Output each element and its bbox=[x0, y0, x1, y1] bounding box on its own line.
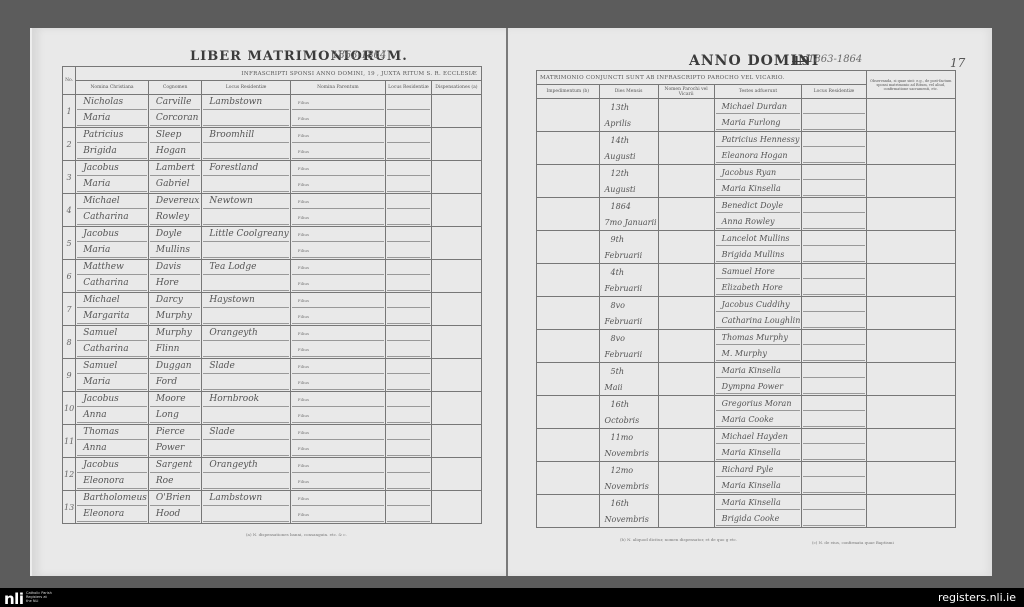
witness-1: Michael Durdan bbox=[716, 100, 801, 114]
bride-surname: Flinn bbox=[150, 343, 201, 357]
date-day: 8vo bbox=[601, 299, 657, 312]
col-surname: Cognomen bbox=[148, 81, 202, 95]
bride-given-name: Anna bbox=[77, 409, 147, 423]
witness-1: Gregorius Moran bbox=[716, 397, 801, 411]
parent-line: Filius bbox=[292, 459, 384, 473]
table-row: 5JacobusMariaDoyleMullinsLittle Coolgrea… bbox=[63, 227, 482, 260]
parent-line: Filius bbox=[292, 492, 384, 506]
witness-1: Benedict Doyle bbox=[716, 199, 801, 213]
parent-line: Filius bbox=[292, 228, 384, 242]
entry-number: 4 bbox=[63, 194, 76, 227]
date-day: 16th bbox=[601, 398, 657, 411]
table-row: 13thAprilisMichael DurdanMaria Furlong bbox=[537, 99, 956, 132]
col-priest: Nomen Parochi vel Vicarii bbox=[658, 85, 714, 99]
impediment-cell bbox=[537, 495, 600, 528]
bride-surname: Rowley bbox=[150, 211, 201, 225]
priest-cell bbox=[658, 429, 714, 462]
groom-surname: Lambert bbox=[150, 162, 201, 176]
table-row: 10JacobusAnnaMooreLongHornbrook FiliusFi… bbox=[63, 392, 482, 425]
dispensation-cell bbox=[431, 128, 481, 161]
table-row: 8SamuelCatharinaMurphyFlinnOrangeyth Fil… bbox=[63, 326, 482, 359]
observations-cell bbox=[866, 165, 955, 198]
col-dispensations: Dispensationes (a) bbox=[431, 81, 481, 95]
groom-given-name: Nicholas bbox=[77, 96, 147, 110]
bride-surname: Long bbox=[150, 409, 201, 423]
groom-surname: Moore bbox=[150, 393, 201, 407]
bride-given-name: Maria bbox=[77, 376, 147, 390]
groom-surname: Sleep bbox=[150, 129, 201, 143]
col-witnesses: Testes adfuerunt bbox=[714, 85, 802, 99]
parent-line: Filius bbox=[292, 343, 384, 357]
entry-number: 1 bbox=[63, 95, 76, 128]
table-row: 9SamuelMariaDugganFordSlade FiliusFilius bbox=[63, 359, 482, 392]
residence-blank bbox=[203, 508, 288, 522]
residence: Orangeyth bbox=[203, 459, 288, 473]
priest-cell bbox=[658, 462, 714, 495]
parent-line: Filius bbox=[292, 310, 384, 324]
priest-cell bbox=[658, 231, 714, 264]
parent-line: Filius bbox=[292, 508, 384, 522]
table-row: 11ThomasAnnaPiercePowerSlade FiliusFiliu… bbox=[63, 425, 482, 458]
right-footnote: (b) N. aliquod dicitur, nomen dispensato… bbox=[620, 537, 737, 542]
entry-number: 2 bbox=[63, 128, 76, 161]
parent-line: Filius bbox=[292, 162, 384, 176]
entry-number: 8 bbox=[63, 326, 76, 359]
table-row: 7MichaelMargaritaDarcyMurphyHaystown Fil… bbox=[63, 293, 482, 326]
right-footnote-2: (c) N. de eius, confirmata quae Baptismi bbox=[812, 540, 894, 545]
table-row: 4thFebruariiSamuel HoreElizabeth Hore bbox=[537, 264, 956, 297]
parent-line: Filius bbox=[292, 244, 384, 258]
col-witness-residence: Locus Residentiæ bbox=[802, 85, 866, 99]
groom-given-name: Michael bbox=[77, 195, 147, 209]
bride-given-name: Catharina bbox=[77, 343, 147, 357]
date-month: Augusti bbox=[601, 150, 657, 163]
residence: Orangeyth bbox=[203, 327, 288, 341]
parent-line: Filius bbox=[292, 442, 384, 456]
viewer-footer bbox=[0, 588, 1024, 607]
parent-line: Filius bbox=[292, 178, 384, 192]
right-year-annotation: 1863-1864 bbox=[808, 54, 862, 65]
impediment-cell bbox=[537, 264, 600, 297]
dispensation-cell bbox=[431, 95, 481, 128]
table-row: 6MatthewCatharinaDavisHoreTea Lodge Fili… bbox=[63, 260, 482, 293]
register-viewer: LIBER MATRIMONIORUM. 1863-1864 No. INFRA… bbox=[0, 0, 1024, 607]
witness-2: Dympna Power bbox=[716, 380, 801, 394]
groom-surname: Doyle bbox=[150, 228, 201, 242]
bride-given-name: Eleonora bbox=[77, 475, 147, 489]
dispensation-cell bbox=[431, 260, 481, 293]
dispensation-cell bbox=[431, 425, 481, 458]
table-row: 11moNovembrisMichael HaydenMaria Kinsell… bbox=[537, 429, 956, 462]
parent-line: Filius bbox=[292, 261, 384, 275]
groom-given-name: Thomas bbox=[77, 426, 147, 440]
dispensation-cell bbox=[431, 458, 481, 491]
date-month: Februarii bbox=[601, 315, 657, 328]
date-month: Februarii bbox=[601, 282, 657, 295]
date-day: 5th bbox=[601, 365, 657, 378]
entry-number: 11 bbox=[63, 425, 76, 458]
col-parents: Nomina Parentum bbox=[290, 81, 385, 95]
residence-blank bbox=[203, 112, 288, 126]
priest-cell bbox=[658, 264, 714, 297]
residence: Broomhill bbox=[203, 129, 288, 143]
groom-given-name: Jacobus bbox=[77, 459, 147, 473]
date-month: Februarii bbox=[601, 249, 657, 262]
table-row: 12JacobusEleonoraSargentRoeOrangeyth Fil… bbox=[63, 458, 482, 491]
residence-blank bbox=[203, 376, 288, 390]
priest-cell bbox=[658, 330, 714, 363]
priest-cell bbox=[658, 297, 714, 330]
groom-surname: Davis bbox=[150, 261, 201, 275]
page-number: 17 bbox=[950, 56, 965, 70]
impediment-cell bbox=[537, 363, 600, 396]
parent-line: Filius bbox=[292, 277, 384, 291]
impediment-cell bbox=[537, 297, 600, 330]
witness-2: Eleanora Hogan bbox=[716, 149, 801, 163]
witness-1: Maria Kinsella bbox=[716, 364, 801, 378]
parent-line: Filius bbox=[292, 112, 384, 126]
date-day: 14th bbox=[601, 134, 657, 147]
entry-number: 7 bbox=[63, 293, 76, 326]
entry-number: 12 bbox=[63, 458, 76, 491]
site-link[interactable]: registers.nli.ie bbox=[938, 591, 1016, 604]
residence: Slade bbox=[203, 426, 288, 440]
observations-cell bbox=[866, 495, 955, 528]
parent-line: Filius bbox=[292, 393, 384, 407]
residence-blank bbox=[203, 310, 288, 324]
date-month: Augusti bbox=[601, 183, 657, 196]
date-day: 13th bbox=[601, 101, 657, 114]
table-row: 9thFebruariiLancelot MullinsBrigida Mull… bbox=[537, 231, 956, 264]
nli-logo[interactable]: nli bbox=[4, 590, 23, 607]
parent-line: Filius bbox=[292, 475, 384, 489]
groom-surname: O'Brien bbox=[150, 492, 201, 506]
date-month: Novembris bbox=[601, 513, 657, 526]
col-given-name: Nomina Christiana bbox=[76, 81, 149, 95]
witness-1: Maria Kinsella bbox=[716, 496, 801, 510]
impediment-cell bbox=[537, 429, 600, 462]
col-parents-residence: Locus Residentiæ bbox=[385, 81, 431, 95]
table-row: 12moNovembrisRichard PyleMaria Kinsella bbox=[537, 462, 956, 495]
witness-2: Brigida Cooke bbox=[716, 512, 801, 526]
witness-2: Catharina Loughlin bbox=[716, 314, 801, 328]
groom-given-name: Samuel bbox=[77, 327, 147, 341]
date-month: Octobris bbox=[601, 414, 657, 427]
observations-cell bbox=[866, 462, 955, 495]
table-row: 18647mo JanuariiBenedict DoyleAnna Rowle… bbox=[537, 198, 956, 231]
residence-blank bbox=[203, 475, 288, 489]
dispensation-cell bbox=[431, 194, 481, 227]
residence: Little Coolgreany bbox=[203, 228, 288, 242]
observations-cell bbox=[866, 231, 955, 264]
col-impediment: Impedimentum (b) bbox=[537, 85, 600, 99]
left-footnote: (a) N. dispensationes banni, consanguin.… bbox=[246, 532, 347, 537]
date-day: 9th bbox=[601, 233, 657, 246]
groom-surname: Carville bbox=[150, 96, 201, 110]
priest-cell bbox=[658, 132, 714, 165]
entry-number: 6 bbox=[63, 260, 76, 293]
date-month: Novembris bbox=[601, 480, 657, 493]
dispensation-cell bbox=[431, 293, 481, 326]
witness-2: Brigida Mullins bbox=[716, 248, 801, 262]
bride-surname: Gabriel bbox=[150, 178, 201, 192]
observations-cell bbox=[866, 330, 955, 363]
date-day: 12th bbox=[601, 167, 657, 180]
bride-surname: Ford bbox=[150, 376, 201, 390]
table-row: 16thNovembrisMaria KinsellaBrigida Cooke bbox=[537, 495, 956, 528]
table-row: 2PatriciusBrigidaSleepHoganBroomhill Fil… bbox=[63, 128, 482, 161]
residence-blank bbox=[203, 145, 288, 159]
date-month: Maii bbox=[601, 381, 657, 394]
residence: Newtown bbox=[203, 195, 288, 209]
dispensation-cell bbox=[431, 326, 481, 359]
priest-cell bbox=[658, 99, 714, 132]
table-row: 14thAugustiPatricius HennessyEleanora Ho… bbox=[537, 132, 956, 165]
bride-given-name: Margarita bbox=[77, 310, 147, 324]
bride-given-name: Anna bbox=[77, 442, 147, 456]
witness-2: M. Murphy bbox=[716, 347, 801, 361]
bride-surname: Hogan bbox=[150, 145, 201, 159]
groom-surname: Murphy bbox=[150, 327, 201, 341]
witness-2: Elizabeth Hore bbox=[716, 281, 801, 295]
left-header-top: INFRASCRIPTI SPONSI ANNO DOMINI, 19 , JU… bbox=[76, 67, 482, 81]
date-month: Aprilis bbox=[601, 117, 657, 130]
bride-given-name: Catharina bbox=[77, 211, 147, 225]
groom-surname: Sargent bbox=[150, 459, 201, 473]
entry-number: 10 bbox=[63, 392, 76, 425]
residence: Lambstown bbox=[203, 96, 288, 110]
col-date: Dies Mensis bbox=[599, 85, 658, 99]
observations-cell bbox=[866, 99, 955, 132]
groom-surname: Darcy bbox=[150, 294, 201, 308]
date-day: 8vo bbox=[601, 332, 657, 345]
date-month: Februarii bbox=[601, 348, 657, 361]
residence-blank bbox=[203, 277, 288, 291]
witness-1: Jacobus Ryan bbox=[716, 166, 801, 180]
groom-given-name: Jacobus bbox=[77, 162, 147, 176]
bride-given-name: Maria bbox=[77, 112, 147, 126]
parent-line: Filius bbox=[292, 327, 384, 341]
witness-2: Anna Rowley bbox=[716, 215, 801, 229]
table-row: 5thMaiiMaria KinsellaDympna Power bbox=[537, 363, 956, 396]
bride-given-name: Maria bbox=[77, 178, 147, 192]
left-year-annotation: 1863-1864 bbox=[332, 50, 386, 61]
parent-line: Filius bbox=[292, 409, 384, 423]
witness-1: Michael Hayden bbox=[716, 430, 801, 444]
bride-given-name: Eleonora bbox=[77, 508, 147, 522]
date-day: 1864 bbox=[601, 200, 657, 213]
impediment-cell bbox=[537, 396, 600, 429]
nli-logo-caption: Catholic Parish Registers at the NLI bbox=[26, 591, 52, 603]
bride-surname: Mullins bbox=[150, 244, 201, 258]
groom-given-name: Jacobus bbox=[77, 393, 147, 407]
witness-2: Maria Kinsella bbox=[716, 479, 801, 493]
bride-given-name: Catharina bbox=[77, 277, 147, 291]
table-row: 1NicholasMariaCarvilleCorcoranLambstown … bbox=[63, 95, 482, 128]
impediment-cell bbox=[537, 198, 600, 231]
table-row: 16thOctobrisGregorius MoranMaria Cooke bbox=[537, 396, 956, 429]
bride-surname: Hood bbox=[150, 508, 201, 522]
parent-line: Filius bbox=[292, 211, 384, 225]
dispensation-cell bbox=[431, 392, 481, 425]
impediment-cell bbox=[537, 330, 600, 363]
parent-line: Filius bbox=[292, 376, 384, 390]
residence: Tea Lodge bbox=[203, 261, 288, 275]
groom-given-name: Bartholomeus bbox=[77, 492, 147, 506]
date-day: 4th bbox=[601, 266, 657, 279]
witness-1: Samuel Hore bbox=[716, 265, 801, 279]
date-day: 11mo bbox=[601, 431, 657, 444]
bride-surname: Hore bbox=[150, 277, 201, 291]
bride-surname: Murphy bbox=[150, 310, 201, 324]
residence-blank bbox=[203, 442, 288, 456]
witness-1: Patricius Hennessy bbox=[716, 133, 801, 147]
impediment-cell bbox=[537, 231, 600, 264]
dispensation-cell bbox=[431, 359, 481, 392]
bride-given-name: Maria bbox=[77, 244, 147, 258]
table-row: 4MichaelCatharinaDevereuxRowleyNewtown F… bbox=[63, 194, 482, 227]
parent-line: Filius bbox=[292, 426, 384, 440]
observations-cell bbox=[866, 132, 955, 165]
observations-cell bbox=[866, 264, 955, 297]
date-month: Novembris bbox=[601, 447, 657, 460]
priest-cell bbox=[658, 363, 714, 396]
parent-line: Filius bbox=[292, 129, 384, 143]
entry-number: 9 bbox=[63, 359, 76, 392]
observations-cell bbox=[866, 198, 955, 231]
witness-1: Richard Pyle bbox=[716, 463, 801, 477]
table-row: 13BartholomeusEleonoraO'BrienHoodLambsto… bbox=[63, 491, 482, 524]
witness-2: Maria Kinsella bbox=[716, 446, 801, 460]
residence-blank bbox=[203, 343, 288, 357]
priest-cell bbox=[658, 495, 714, 528]
parent-line: Filius bbox=[292, 195, 384, 209]
right-register-table: MATRIMONIO CONJUNCTI SUNT AB INFRASCRIPT… bbox=[536, 70, 956, 528]
observations-cell bbox=[866, 297, 955, 330]
parent-line: Filius bbox=[292, 96, 384, 110]
groom-surname: Duggan bbox=[150, 360, 201, 374]
residence: Slade bbox=[203, 360, 288, 374]
witness-1: Lancelot Mullins bbox=[716, 232, 801, 246]
residence-blank bbox=[203, 244, 288, 258]
observations-cell bbox=[866, 363, 955, 396]
parent-line: Filius bbox=[292, 360, 384, 374]
groom-given-name: Samuel bbox=[77, 360, 147, 374]
dispensation-cell bbox=[431, 227, 481, 260]
col-no: No. bbox=[63, 67, 76, 95]
bride-surname: Corcoran bbox=[150, 112, 201, 126]
dispensation-cell bbox=[431, 161, 481, 194]
parent-line: Filius bbox=[292, 294, 384, 308]
table-row: 12thAugustiJacobus RyanMaria Kinsella bbox=[537, 165, 956, 198]
observations-cell bbox=[866, 396, 955, 429]
witness-1: Thomas Murphy bbox=[716, 331, 801, 345]
groom-given-name: Michael bbox=[77, 294, 147, 308]
residence: Forestland bbox=[203, 162, 288, 176]
date-day: 16th bbox=[601, 497, 657, 510]
groom-surname: Pierce bbox=[150, 426, 201, 440]
table-row: 8voFebruariiThomas MurphyM. Murphy bbox=[537, 330, 956, 363]
table-row: 3JacobusMariaLambertGabrielForestland Fi… bbox=[63, 161, 482, 194]
residence-blank bbox=[203, 178, 288, 192]
right-header-top: MATRIMONIO CONJUNCTI SUNT AB INFRASCRIPT… bbox=[537, 71, 867, 85]
residence: Hornbrook bbox=[203, 393, 288, 407]
residence-blank bbox=[203, 211, 288, 225]
entry-number: 13 bbox=[63, 491, 76, 524]
impediment-cell bbox=[537, 165, 600, 198]
witness-1: Jacobus Cuddihy bbox=[716, 298, 801, 312]
bride-surname: Power bbox=[150, 442, 201, 456]
priest-cell bbox=[658, 165, 714, 198]
priest-cell bbox=[658, 198, 714, 231]
witness-2: Maria Furlong bbox=[716, 116, 801, 130]
table-row: 8voFebruariiJacobus CuddihyCatharina Lou… bbox=[537, 297, 956, 330]
residence: Lambstown bbox=[203, 492, 288, 506]
bride-given-name: Brigida bbox=[77, 145, 147, 159]
col-observations: Observanda, si quae sint: e.g., de post-… bbox=[866, 71, 955, 99]
witness-2: Maria Kinsella bbox=[716, 182, 801, 196]
impediment-cell bbox=[537, 132, 600, 165]
groom-given-name: Matthew bbox=[77, 261, 147, 275]
residence-blank bbox=[203, 409, 288, 423]
impediment-cell bbox=[537, 99, 600, 132]
entry-number: 3 bbox=[63, 161, 76, 194]
residence: Haystown bbox=[203, 294, 288, 308]
col-residence: Locus Residentiæ bbox=[202, 81, 290, 95]
date-day: 12mo bbox=[601, 464, 657, 477]
dispensation-cell bbox=[431, 491, 481, 524]
parent-line: Filius bbox=[292, 145, 384, 159]
groom-surname: Devereux bbox=[150, 195, 201, 209]
left-register-table: No. INFRASCRIPTI SPONSI ANNO DOMINI, 19 … bbox=[62, 66, 482, 524]
date-month: 7mo Januarii bbox=[601, 216, 657, 229]
observations-cell bbox=[866, 429, 955, 462]
groom-given-name: Jacobus bbox=[77, 228, 147, 242]
impediment-cell bbox=[537, 462, 600, 495]
witness-2: Maria Cooke bbox=[716, 413, 801, 427]
priest-cell bbox=[658, 396, 714, 429]
entry-number: 5 bbox=[63, 227, 76, 260]
groom-given-name: Patricius bbox=[77, 129, 147, 143]
bride-surname: Roe bbox=[150, 475, 201, 489]
